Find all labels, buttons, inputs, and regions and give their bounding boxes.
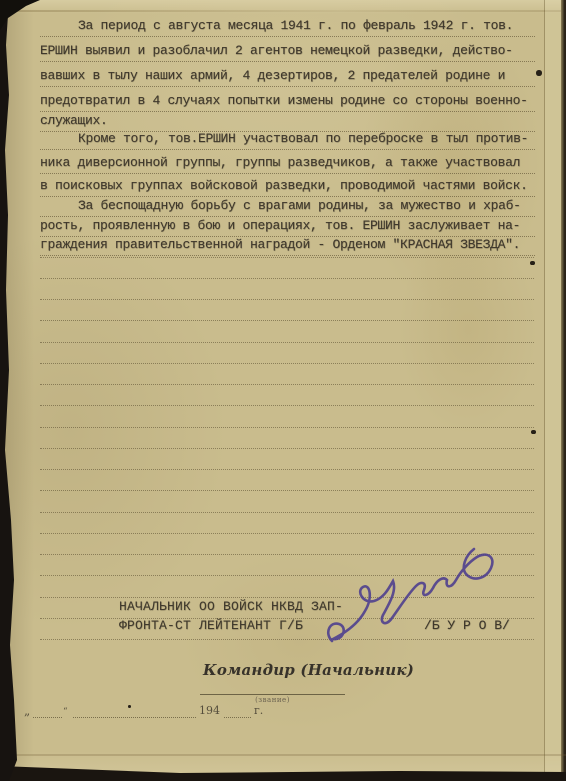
date-blank-month bbox=[73, 717, 196, 718]
date-close-quote: “ bbox=[63, 707, 68, 717]
typed-line: служащих. bbox=[40, 112, 535, 132]
ruled-line bbox=[40, 533, 534, 534]
typed-line: Кроме того, тов.ЕРШИН участвовал по пере… bbox=[40, 130, 535, 150]
rank-caption: (звание) bbox=[200, 696, 345, 704]
typed-line: граждения правительственной наградой - О… bbox=[40, 236, 535, 256]
ruled-line bbox=[40, 427, 534, 428]
typed-line: За беспощадную борьбу с врагами родины, … bbox=[40, 197, 535, 217]
ruled-line bbox=[40, 490, 534, 491]
ruled-line bbox=[40, 405, 534, 406]
typed-line: предотвратил в 4 случаях попытки измены … bbox=[40, 92, 535, 112]
ruled-line bbox=[40, 363, 534, 364]
ruled-line bbox=[40, 469, 534, 470]
ink-speck bbox=[128, 705, 131, 708]
ruled-line bbox=[40, 299, 534, 300]
ruled-line bbox=[40, 320, 534, 321]
handwritten-signature bbox=[318, 538, 503, 650]
rank-underline bbox=[200, 694, 345, 695]
ink-speck bbox=[531, 430, 536, 434]
ruled-line bbox=[40, 342, 534, 343]
ruled-line bbox=[40, 448, 534, 449]
typed-line: вавших в тылу наших армий, 4 дезертиров,… bbox=[40, 67, 535, 87]
ink-speck bbox=[536, 70, 542, 76]
typed-line: рость, проявленную в бою и операциях, то… bbox=[40, 217, 535, 237]
ruled-line bbox=[40, 512, 534, 513]
date-blank-day bbox=[33, 717, 62, 718]
date-open-quote: „ bbox=[24, 704, 30, 718]
typed-line: ника диверсионной группы, группы разведч… bbox=[40, 154, 535, 174]
scan-edge-right bbox=[561, 0, 566, 781]
paper-crease-bottom bbox=[0, 754, 566, 756]
ruled-line bbox=[40, 384, 534, 385]
ruled-line bbox=[40, 278, 534, 279]
signer-title-line1: НАЧАЛЬНИК ОО ВОЙСК НКВД ЗАП- bbox=[119, 599, 343, 614]
typed-line: За период с августа месяца 1941 г. по фе… bbox=[40, 17, 535, 37]
paper-fold-band bbox=[545, 0, 562, 781]
paper-crease bbox=[0, 10, 566, 12]
typed-line: ЕРШИН выявил и разоблачил 2 агентов неме… bbox=[40, 42, 535, 62]
ink-speck bbox=[530, 261, 535, 265]
typed-line: в поисковых группах войсковой разведки, … bbox=[40, 177, 535, 197]
signer-title-line2: ФРОНТА-СТ ЛЕЙТЕНАНТ Г/Б bbox=[119, 618, 303, 633]
ruled-line bbox=[40, 257, 534, 258]
commander-label: Командир (Начальник) bbox=[203, 661, 414, 679]
date-year-suffix: г. bbox=[254, 704, 263, 717]
date-blank-year bbox=[224, 717, 251, 718]
document-page: За период с августа месяца 1941 г. по фе… bbox=[0, 0, 566, 781]
date-year: 194 bbox=[199, 704, 220, 717]
